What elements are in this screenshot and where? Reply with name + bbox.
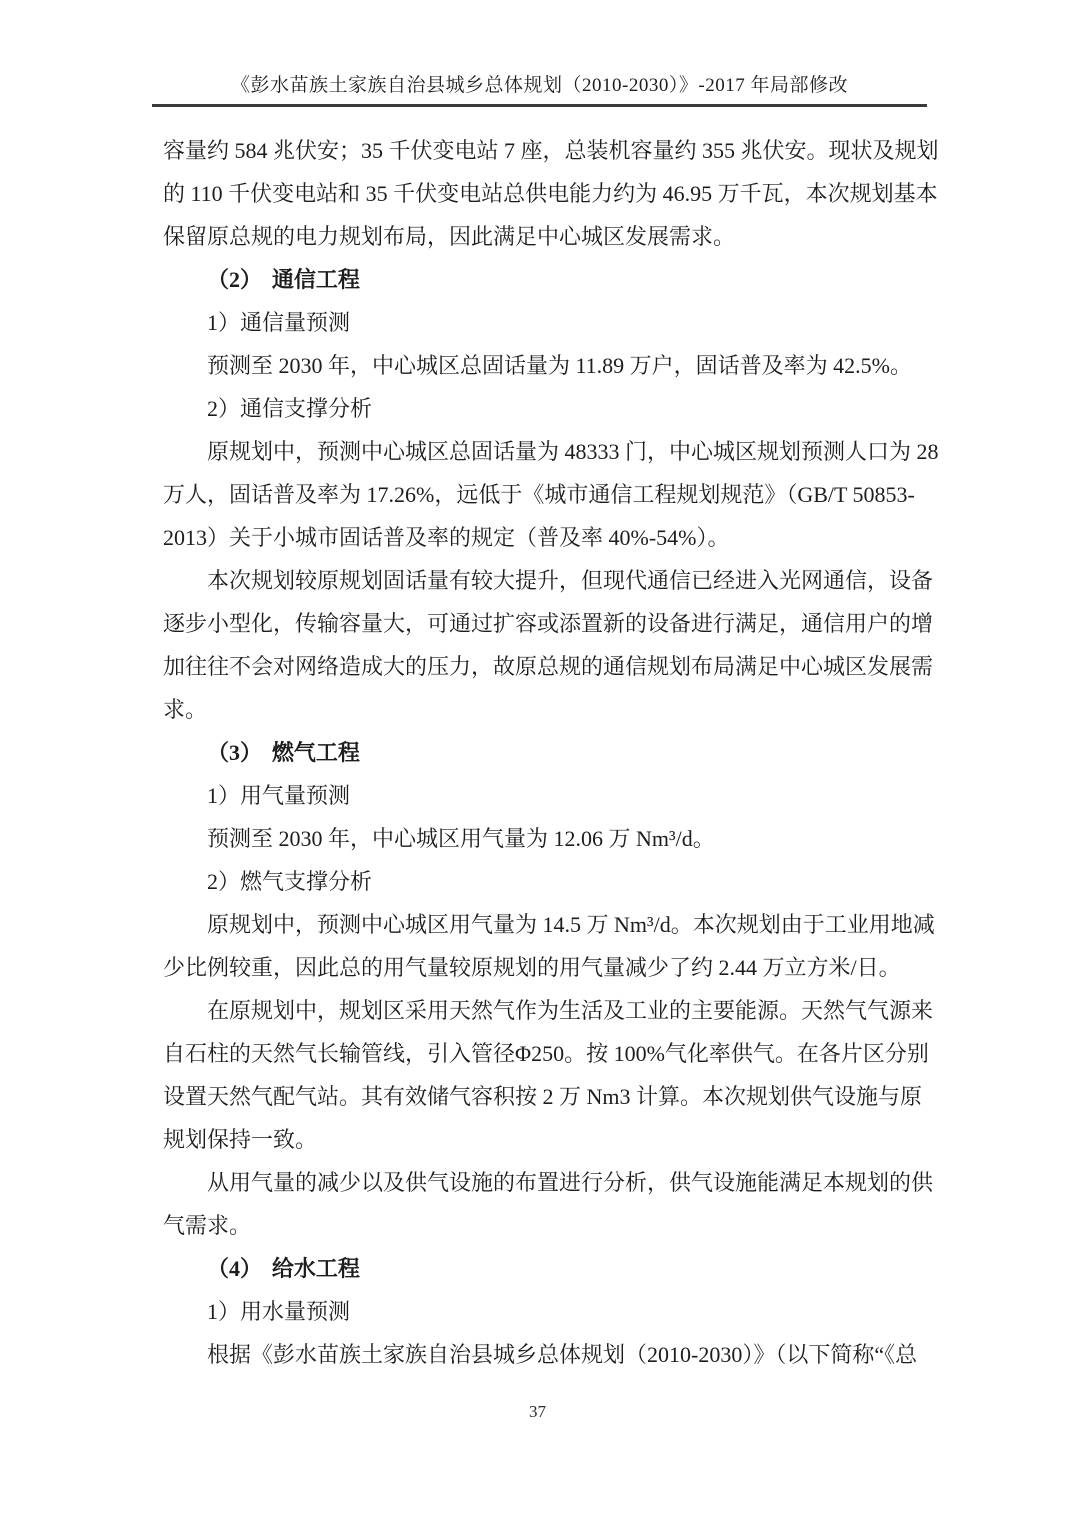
sub-heading: 1）通信量预测 — [163, 301, 941, 344]
header-title: 《彭水苗族土家族自治县城乡总体规划（2010-2030）》-2017 年局部修改 — [231, 75, 848, 96]
paragraph: 容量约 584 兆伏安；35 千伏变电站 7 座，总装机容量约 355 兆伏安。… — [163, 129, 941, 258]
section-heading: （4）给水工程 — [163, 1247, 941, 1290]
page-header: 《彭水苗族土家族自治县城乡总体规划（2010-2030）》-2017 年局部修改 — [152, 70, 927, 107]
heading-number: （2） — [207, 267, 262, 292]
heading-number: （3） — [207, 740, 262, 765]
paragraph: 在原规划中，规划区采用天然气作为生活及工业的主要能源。天然气气源来自石柱的天然气… — [163, 989, 941, 1161]
paragraph: 本次规划较原规划固话量有较大提升，但现代通信已经进入光网通信，设备逐步小型化，传… — [163, 559, 941, 731]
heading-title: 给水工程 — [272, 1256, 360, 1281]
paragraph: 从用气量的减少以及供气设施的布置进行分析，供气设施能满足本规划的供气需求。 — [163, 1161, 941, 1247]
paragraph: 根据《彭水苗族土家族自治县城乡总体规划（2010-2030）》（以下简称“《总 — [163, 1333, 941, 1376]
sub-heading: 1）用气量预测 — [163, 774, 941, 817]
page-number: 37 — [529, 1402, 546, 1421]
section-heading: （3）燃气工程 — [163, 731, 941, 774]
heading-number: （4） — [207, 1256, 262, 1281]
paragraph: 原规划中，预测中心城区用气量为 14.5 万 Nm³/d。本次规划由于工业用地减… — [163, 903, 941, 989]
heading-title: 燃气工程 — [272, 740, 360, 765]
section-heading: （2）通信工程 — [163, 258, 941, 301]
paragraph: 预测至 2030 年，中心城区用气量为 12.06 万 Nm³/d。 — [163, 817, 941, 860]
paragraph: 预测至 2030 年，中心城区总固话量为 11.89 万户，固话普及率为 42.… — [163, 344, 941, 387]
page-footer: 37 — [0, 1402, 1075, 1422]
paragraph: 原规划中，预测中心城区总固话量为 48333 门，中心城区规划预测人口为 28 … — [163, 430, 941, 559]
sub-heading: 1）用水量预测 — [163, 1290, 941, 1333]
document-page: 《彭水苗族土家族自治县城乡总体规划（2010-2030）》-2017 年局部修改… — [0, 0, 1075, 1520]
sub-heading: 2）通信支撑分析 — [163, 387, 941, 430]
document-body: 容量约 584 兆伏安；35 千伏变电站 7 座，总装机容量约 355 兆伏安。… — [163, 129, 941, 1376]
sub-heading: 2）燃气支撑分析 — [163, 860, 941, 903]
heading-title: 通信工程 — [272, 267, 360, 292]
